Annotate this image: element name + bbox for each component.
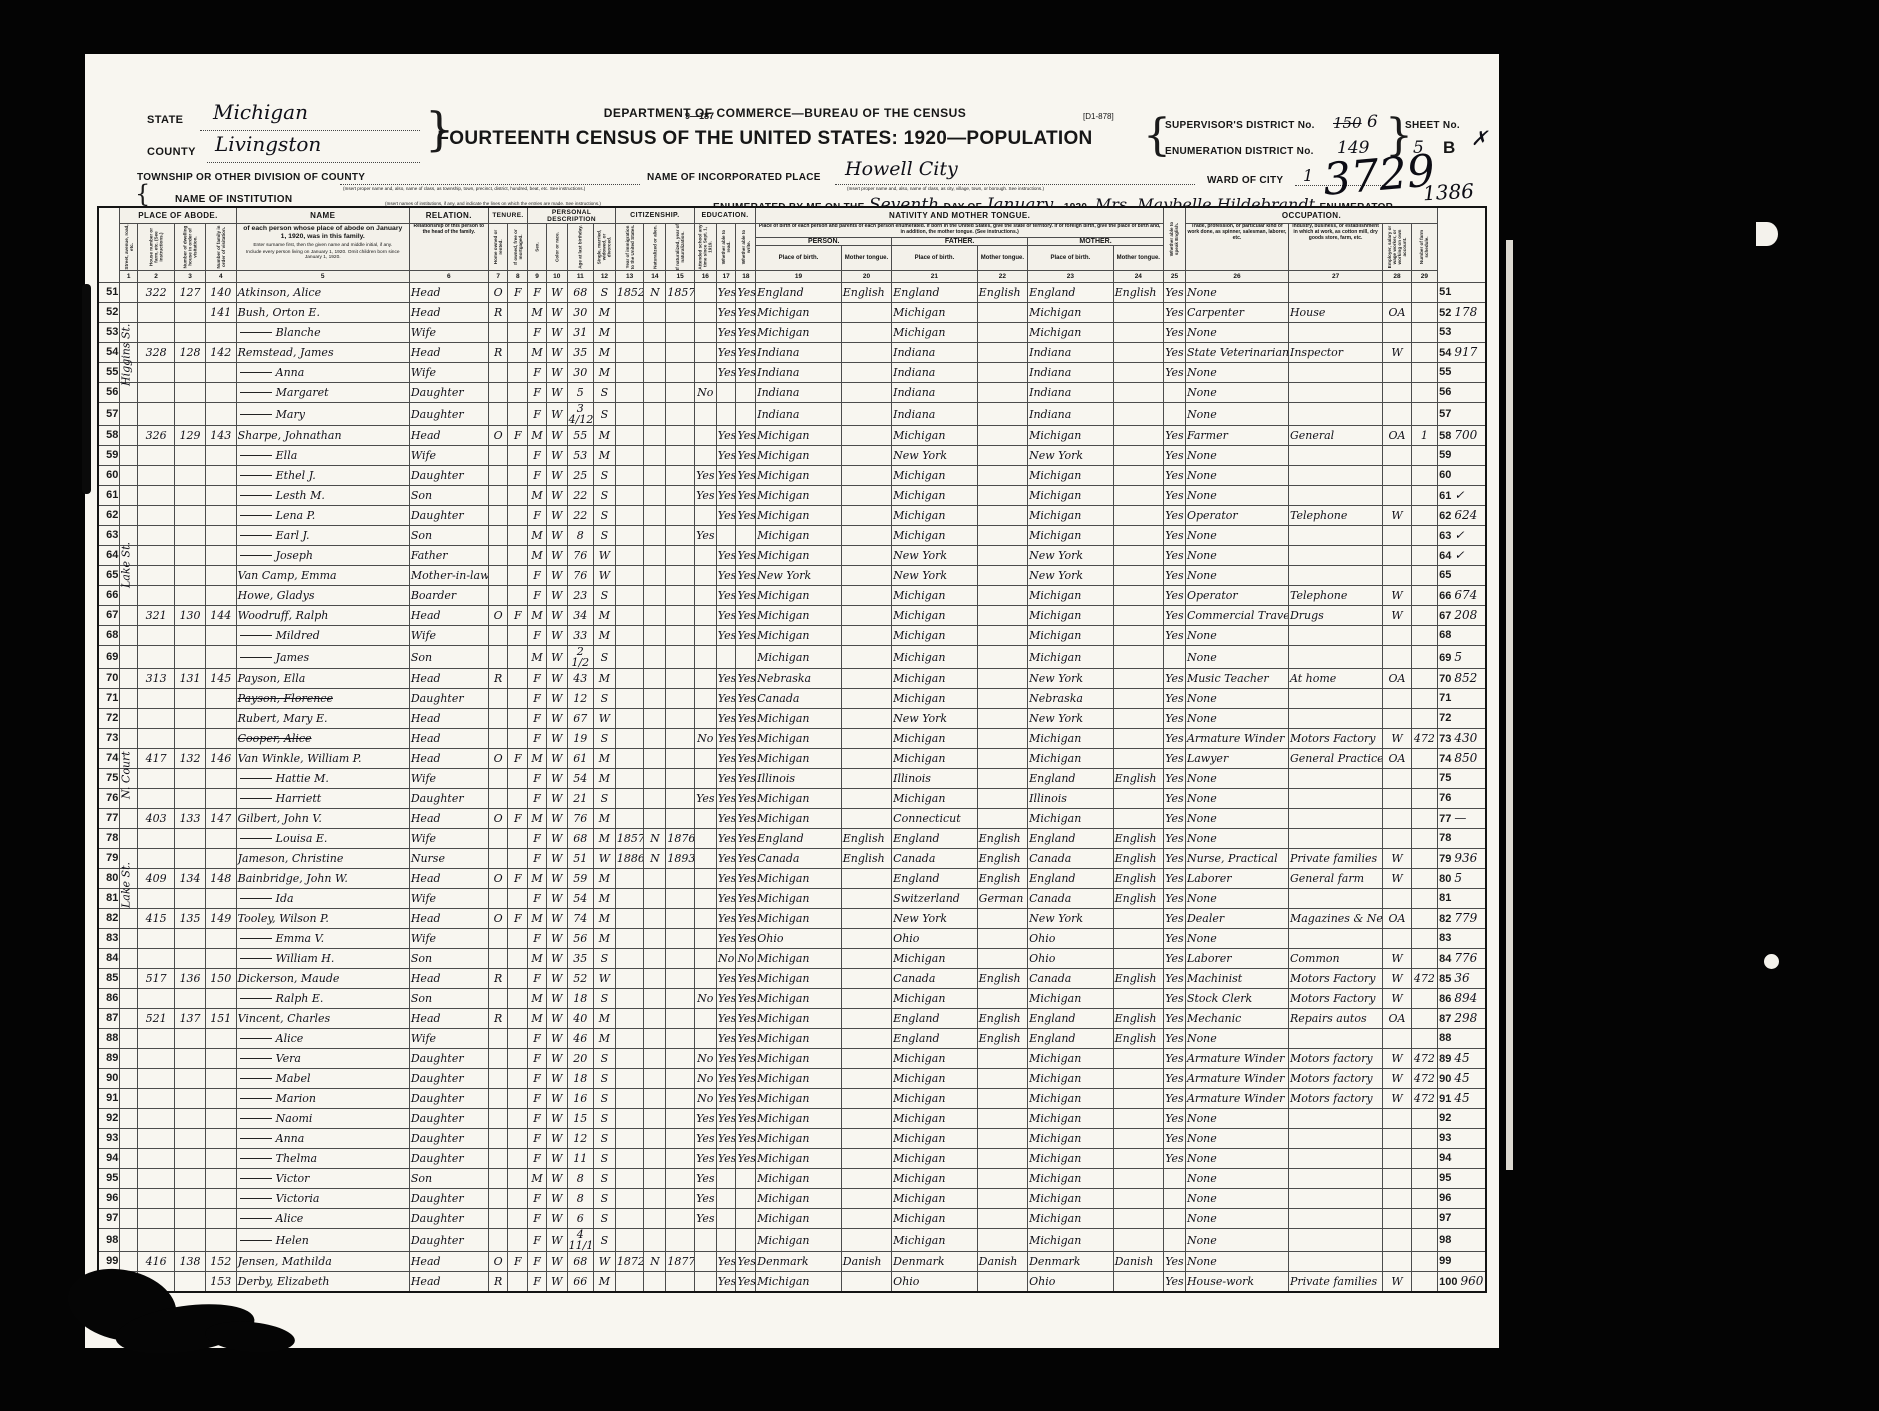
table-row: 75Hattie M.WifeFW54MYesYesIllinoisIllino… bbox=[98, 769, 1486, 789]
cell-col12: S bbox=[593, 466, 615, 486]
cell-col5: Joseph bbox=[236, 546, 409, 566]
cell-col6: Head bbox=[409, 669, 488, 689]
cell-col14 bbox=[644, 669, 666, 689]
table-row: 94ThelmaDaughterFW11SYesYesYesMichiganMi… bbox=[98, 1149, 1486, 1169]
cell-col14 bbox=[644, 546, 666, 566]
cell-col10: W bbox=[546, 1209, 567, 1229]
cell-col2 bbox=[137, 646, 174, 669]
cell-col26: Nurse, Practical bbox=[1185, 849, 1288, 869]
cell-col13 bbox=[615, 1049, 644, 1069]
cell-col20 bbox=[841, 1069, 891, 1089]
cell-col26: Armature Winder bbox=[1185, 1069, 1288, 1089]
cell-col6: Wife bbox=[409, 446, 488, 466]
cell-col7 bbox=[488, 403, 508, 426]
cell-col3 bbox=[175, 849, 206, 869]
cell-col28 bbox=[1383, 403, 1412, 426]
cell-col19: Michigan bbox=[756, 889, 842, 909]
cell-col25: Yes bbox=[1164, 929, 1186, 949]
cell-col26: Lawyer bbox=[1185, 749, 1288, 769]
cell-col2 bbox=[137, 546, 174, 566]
margin-note: 852 bbox=[1454, 671, 1477, 685]
cell-col23: Indiana bbox=[1028, 383, 1114, 403]
cell-col7 bbox=[488, 363, 508, 383]
cell-col18: Yes bbox=[736, 669, 756, 689]
cell-col15 bbox=[666, 1229, 695, 1252]
cell-col17: Yes bbox=[716, 343, 736, 363]
cell-col28 bbox=[1383, 323, 1412, 343]
cell-col23: Michigan bbox=[1028, 1189, 1114, 1209]
line-number: 86 bbox=[98, 989, 120, 1009]
cell-col8: F bbox=[508, 606, 528, 626]
cell-col29 bbox=[1411, 989, 1437, 1009]
margin-note: 45 bbox=[1454, 1071, 1469, 1085]
cell-col6: Daughter bbox=[409, 383, 488, 403]
cell-col19: Ohio bbox=[756, 929, 842, 949]
cell-col26: None bbox=[1185, 809, 1288, 829]
cell-col5: Atkinson, Alice bbox=[236, 283, 409, 303]
cell-col5: Van Camp, Emma bbox=[236, 566, 409, 586]
cell-col27 bbox=[1288, 1029, 1382, 1049]
cell-col22 bbox=[977, 466, 1027, 486]
cell-col4 bbox=[205, 1209, 236, 1229]
table-row: 54328128142Remstead, JamesHeadRMW35MYesY… bbox=[98, 343, 1486, 363]
cell-col21: Michigan bbox=[892, 729, 978, 749]
line-number: 72 bbox=[98, 709, 120, 729]
cell-col18: Yes bbox=[736, 626, 756, 646]
cell-col7 bbox=[488, 1089, 508, 1109]
line-number: 91 bbox=[98, 1089, 120, 1109]
cell-col6: Son bbox=[409, 989, 488, 1009]
cell-col12: S bbox=[593, 1229, 615, 1252]
cell-col19: Michigan bbox=[756, 1149, 842, 1169]
cell-col4 bbox=[205, 989, 236, 1009]
cell-col14: N bbox=[644, 829, 666, 849]
cell-col6: Head bbox=[409, 1272, 488, 1292]
cell-col12: S bbox=[593, 1089, 615, 1109]
cell-col18: Yes bbox=[736, 1069, 756, 1089]
cell-col2: 521 bbox=[137, 1009, 174, 1029]
cell-col19: Michigan bbox=[756, 1272, 842, 1292]
cell-col18: Yes bbox=[736, 689, 756, 709]
ditto-line bbox=[240, 495, 272, 496]
cell-col29 bbox=[1411, 929, 1437, 949]
cell-col21: Michigan bbox=[892, 1189, 978, 1209]
cell-col7 bbox=[488, 506, 508, 526]
cell-col24 bbox=[1113, 689, 1163, 709]
cell-col11: 4 11/12 bbox=[567, 1229, 593, 1252]
cell-col28 bbox=[1383, 769, 1412, 789]
cell-col11: 67 bbox=[567, 709, 593, 729]
margin-note: 700 bbox=[1454, 428, 1477, 442]
cell-col16 bbox=[694, 303, 716, 323]
cell-col6: Daughter bbox=[409, 403, 488, 426]
cell-col26: None bbox=[1185, 1149, 1288, 1169]
cell-col16: No bbox=[694, 1089, 716, 1109]
cell-col27: House bbox=[1288, 303, 1382, 323]
cell-col11: 34 bbox=[567, 606, 593, 626]
cell-col20 bbox=[841, 869, 891, 889]
cell-col2 bbox=[137, 829, 174, 849]
cell-col4 bbox=[205, 446, 236, 466]
cell-col23: New York bbox=[1028, 709, 1114, 729]
cell-col9: F bbox=[528, 586, 547, 606]
cell-col20: English bbox=[841, 849, 891, 869]
cell-col21: Michigan bbox=[892, 1069, 978, 1089]
street-name-label: Lake St. bbox=[118, 825, 134, 945]
cell-col19: Denmark bbox=[756, 1252, 842, 1272]
cell-col12: S bbox=[593, 486, 615, 506]
cell-col19: Michigan bbox=[756, 506, 842, 526]
cell-col3: 127 bbox=[175, 283, 206, 303]
cell-col14 bbox=[644, 466, 666, 486]
cell-col27 bbox=[1288, 709, 1382, 729]
street-cell bbox=[120, 949, 138, 969]
cell-col18 bbox=[736, 403, 756, 426]
ditto-line bbox=[240, 1038, 272, 1039]
table-row: 79Jameson, ChristineNurseFW51W1886N1893Y… bbox=[98, 849, 1486, 869]
cell-col22 bbox=[977, 729, 1027, 749]
cell-col27 bbox=[1288, 929, 1382, 949]
cell-col27 bbox=[1288, 1149, 1382, 1169]
cell-col20 bbox=[841, 729, 891, 749]
cell-col3 bbox=[175, 1089, 206, 1109]
cell-col16: Yes bbox=[694, 486, 716, 506]
cell-col13 bbox=[615, 1149, 644, 1169]
cell-col6: Daughter bbox=[409, 1149, 488, 1169]
cell-col26: Armature Winder bbox=[1185, 729, 1288, 749]
right-margin-cell: 62624 bbox=[1438, 506, 1486, 526]
header-col9: Sex. bbox=[528, 224, 547, 271]
cell-col16: Yes bbox=[694, 1129, 716, 1149]
cell-col10: W bbox=[546, 426, 567, 446]
cell-col19: England bbox=[756, 829, 842, 849]
right-margin-cell: 64✓ bbox=[1438, 546, 1486, 566]
cell-col9: F bbox=[528, 729, 547, 749]
cell-col18: Yes bbox=[736, 1049, 756, 1069]
cell-col25: Yes bbox=[1164, 303, 1186, 323]
cell-col7: O bbox=[488, 809, 508, 829]
cell-col2 bbox=[137, 1069, 174, 1089]
cell-col3: 132 bbox=[175, 749, 206, 769]
cell-col28: W bbox=[1383, 989, 1412, 1009]
cell-col19: Michigan bbox=[756, 1089, 842, 1109]
cell-col2 bbox=[137, 383, 174, 403]
header-person-pob: Place of birth. bbox=[756, 246, 842, 271]
right-margin-cell: 82779 bbox=[1438, 909, 1486, 929]
census-table: PLACE OF ABODE. NAME RELATION. TENURE. P… bbox=[97, 206, 1487, 1293]
cell-col3 bbox=[175, 709, 206, 729]
cell-col14 bbox=[644, 506, 666, 526]
line-number: 88 bbox=[98, 1029, 120, 1049]
cell-col28 bbox=[1383, 566, 1412, 586]
cell-col17: Yes bbox=[716, 1109, 736, 1129]
cell-col29 bbox=[1411, 646, 1437, 669]
cell-col4 bbox=[205, 1089, 236, 1109]
cell-col27: Inspector bbox=[1288, 343, 1382, 363]
cell-col5: Payson, Ella bbox=[236, 669, 409, 689]
cell-col21: Michigan bbox=[892, 1089, 978, 1109]
line-number-right: 70 bbox=[1439, 673, 1451, 685]
cell-col22 bbox=[977, 646, 1027, 669]
cell-col11: 30 bbox=[567, 363, 593, 383]
paper-sheet: STATE Michigan COUNTY Livingston } 9—187… bbox=[85, 54, 1499, 1348]
cell-col26: None bbox=[1185, 769, 1288, 789]
street-cell bbox=[120, 1049, 138, 1069]
cell-col5: Naomi bbox=[236, 1109, 409, 1129]
right-margin-cell: 74850 bbox=[1438, 749, 1486, 769]
table-row: 95VictorSonMW8SYesMichiganMichiganMichig… bbox=[98, 1169, 1486, 1189]
cell-col25: Yes bbox=[1164, 709, 1186, 729]
cell-col15 bbox=[666, 363, 695, 383]
cell-col9: F bbox=[528, 1229, 547, 1252]
cell-col29 bbox=[1411, 1129, 1437, 1149]
cell-col28: W bbox=[1383, 343, 1412, 363]
margin-note: ✓ bbox=[1454, 488, 1464, 502]
cell-col2 bbox=[137, 729, 174, 749]
cell-col24 bbox=[1113, 1169, 1163, 1189]
scan-smudge bbox=[82, 284, 91, 494]
cell-col25: Yes bbox=[1164, 789, 1186, 809]
col4-vertical-label: Number of family in order of visitation. bbox=[216, 224, 226, 270]
header-col11: Age at last birthday. bbox=[567, 224, 593, 271]
cell-col19: Michigan bbox=[756, 1209, 842, 1229]
cell-col15 bbox=[666, 566, 695, 586]
cell-col25: Yes bbox=[1164, 363, 1186, 383]
cell-col17: Yes bbox=[716, 909, 736, 929]
cell-col21: New York bbox=[892, 909, 978, 929]
col-number: 25 bbox=[1164, 271, 1186, 283]
cell-col13: 1857 bbox=[615, 829, 644, 849]
cell-col18: Yes bbox=[736, 466, 756, 486]
cell-col10: W bbox=[546, 929, 567, 949]
cell-col27: At home bbox=[1288, 669, 1382, 689]
cell-col23: Canada bbox=[1028, 849, 1114, 869]
cell-col7: O bbox=[488, 1252, 508, 1272]
cell-col25: Yes bbox=[1164, 1252, 1186, 1272]
line-number: 76 bbox=[98, 789, 120, 809]
cell-col3 bbox=[175, 989, 206, 1009]
col-number: 18 bbox=[736, 271, 756, 283]
cell-col11: 16 bbox=[567, 1089, 593, 1109]
margin-note: 960 bbox=[1460, 1274, 1483, 1288]
cell-col2 bbox=[137, 566, 174, 586]
cell-col24 bbox=[1113, 486, 1163, 506]
table-row: 96VictoriaDaughterFW8SYesMichiganMichiga… bbox=[98, 1189, 1486, 1209]
cell-col13 bbox=[615, 606, 644, 626]
cell-col9: M bbox=[528, 809, 547, 829]
cell-col25: Yes bbox=[1164, 729, 1186, 749]
cell-col3 bbox=[175, 586, 206, 606]
cell-col23: England bbox=[1028, 869, 1114, 889]
cell-col13 bbox=[615, 646, 644, 669]
cell-col11: 30 bbox=[567, 303, 593, 323]
cell-col9: M bbox=[528, 1009, 547, 1029]
right-margin-cell: 71 bbox=[1438, 689, 1486, 709]
header-relation: RELATION. bbox=[409, 207, 488, 224]
cell-col5: Mildred bbox=[236, 626, 409, 646]
cell-col8 bbox=[508, 586, 528, 606]
cell-col25: Yes bbox=[1164, 849, 1186, 869]
table-row: 86Ralph E.SonMW18SNoYesYesMichiganMichig… bbox=[98, 989, 1486, 1009]
line-number-right: 84 bbox=[1439, 953, 1451, 965]
line-number-right: 59 bbox=[1439, 449, 1451, 461]
cell-col15: 1857 bbox=[666, 283, 695, 303]
cell-col26: Mechanic bbox=[1185, 1009, 1288, 1029]
cell-col10: W bbox=[546, 769, 567, 789]
cell-col17: Yes bbox=[716, 283, 736, 303]
cell-col2: 328 bbox=[137, 343, 174, 363]
cell-col29 bbox=[1411, 283, 1437, 303]
cell-col20 bbox=[841, 586, 891, 606]
cell-col10: W bbox=[546, 446, 567, 466]
table-row: 58326129143Sharpe, JohnathanHeadOFMW55MY… bbox=[98, 426, 1486, 446]
cell-col3 bbox=[175, 1229, 206, 1252]
cell-col10: W bbox=[546, 1272, 567, 1292]
line-number-right: 94 bbox=[1439, 1152, 1451, 1164]
cell-col8 bbox=[508, 849, 528, 869]
line-number-right: 75 bbox=[1439, 772, 1451, 784]
cell-col24: English bbox=[1113, 849, 1163, 869]
line-number-right: 89 bbox=[1439, 1053, 1451, 1065]
line-number-right: 87 bbox=[1439, 1013, 1451, 1025]
cell-col27 bbox=[1288, 466, 1382, 486]
right-margin-cell: 60 bbox=[1438, 466, 1486, 486]
cell-col7 bbox=[488, 1189, 508, 1209]
cell-col24 bbox=[1113, 909, 1163, 929]
cell-col23: Michigan bbox=[1028, 1109, 1114, 1129]
cell-col19: Michigan bbox=[756, 1009, 842, 1029]
cell-col20 bbox=[841, 466, 891, 486]
cell-col15 bbox=[666, 1209, 695, 1229]
cell-col29 bbox=[1411, 749, 1437, 769]
cell-col22 bbox=[977, 709, 1027, 729]
cell-col10: W bbox=[546, 526, 567, 546]
cell-col16 bbox=[694, 749, 716, 769]
right-margin-cell: 88 bbox=[1438, 1029, 1486, 1049]
cell-col8 bbox=[508, 669, 528, 689]
cell-col6: Head bbox=[409, 729, 488, 749]
cell-col18: Yes bbox=[736, 1089, 756, 1109]
cell-col27 bbox=[1288, 1189, 1382, 1209]
cell-col12: M bbox=[593, 323, 615, 343]
cell-col25: Yes bbox=[1164, 446, 1186, 466]
cell-col4: 146 bbox=[205, 749, 236, 769]
cell-col2 bbox=[137, 446, 174, 466]
cell-col27 bbox=[1288, 383, 1382, 403]
cell-col4 bbox=[205, 526, 236, 546]
cell-col13 bbox=[615, 566, 644, 586]
right-margin-cell: 65 bbox=[1438, 566, 1486, 586]
cell-col6: Wife bbox=[409, 769, 488, 789]
cell-col19: Michigan bbox=[756, 646, 842, 669]
supervisor-district-label: SUPERVISOR'S DISTRICT No. bbox=[1165, 120, 1315, 131]
line-number-right: 95 bbox=[1439, 1172, 1451, 1184]
cell-col4 bbox=[205, 1069, 236, 1089]
cell-col22 bbox=[977, 426, 1027, 446]
cell-col4: 144 bbox=[205, 606, 236, 626]
cell-col22 bbox=[977, 1189, 1027, 1209]
cell-col24 bbox=[1113, 323, 1163, 343]
cell-col19: England bbox=[756, 283, 842, 303]
cell-col3 bbox=[175, 889, 206, 909]
cell-col22 bbox=[977, 1272, 1027, 1292]
ditto-line bbox=[240, 1158, 272, 1159]
cell-col7: R bbox=[488, 669, 508, 689]
cell-col29 bbox=[1411, 1229, 1437, 1252]
cell-col5: Emma V. bbox=[236, 929, 409, 949]
street-cell bbox=[120, 626, 138, 646]
street-cell bbox=[120, 466, 138, 486]
cell-col29 bbox=[1411, 506, 1437, 526]
cell-col21: Michigan bbox=[892, 1149, 978, 1169]
cell-col12: S bbox=[593, 526, 615, 546]
cell-col15 bbox=[666, 446, 695, 466]
street-name-label: N. Court bbox=[118, 745, 134, 805]
cell-col13: 1852 bbox=[615, 283, 644, 303]
cell-col12: S bbox=[593, 1189, 615, 1209]
header-col25: Whether able to speak English. bbox=[1164, 207, 1186, 271]
cell-col22 bbox=[977, 546, 1027, 566]
cell-col16 bbox=[694, 869, 716, 889]
cell-col10: W bbox=[546, 1169, 567, 1189]
cell-col7 bbox=[488, 646, 508, 669]
cell-col7: R bbox=[488, 343, 508, 363]
cell-col8 bbox=[508, 1229, 528, 1252]
ditto-line bbox=[240, 1078, 272, 1079]
cell-col4: 149 bbox=[205, 909, 236, 929]
cell-col11: 61 bbox=[567, 749, 593, 769]
header-person-tongue: Mother tongue. bbox=[841, 246, 891, 271]
cell-col26: Commercial Traveler bbox=[1185, 606, 1288, 626]
cell-col23: Nebraska bbox=[1028, 689, 1114, 709]
cell-col22: English bbox=[977, 1009, 1027, 1029]
line-number: 89 bbox=[98, 1049, 120, 1069]
cell-col10: W bbox=[546, 606, 567, 626]
cell-col4 bbox=[205, 1229, 236, 1252]
cell-col6: Head bbox=[409, 303, 488, 323]
cell-col5: Mabel bbox=[236, 1069, 409, 1089]
cell-col28: W bbox=[1383, 969, 1412, 989]
cell-col2 bbox=[137, 586, 174, 606]
table-row: 89VeraDaughterFW20SNoYesYesMichiganMichi… bbox=[98, 1049, 1486, 1069]
cell-col11: 59 bbox=[567, 869, 593, 889]
cell-col29 bbox=[1411, 586, 1437, 606]
cell-col2 bbox=[137, 769, 174, 789]
cell-col29 bbox=[1411, 809, 1437, 829]
cell-col5: Dickerson, Maude bbox=[236, 969, 409, 989]
cell-col18: Yes bbox=[736, 446, 756, 466]
cell-col28: W bbox=[1383, 1272, 1412, 1292]
cell-col26: None bbox=[1185, 626, 1288, 646]
cell-col28 bbox=[1383, 1149, 1412, 1169]
cell-col7 bbox=[488, 889, 508, 909]
margin-note: 178 bbox=[1454, 305, 1477, 319]
table-row: 90MabelDaughterFW18SNoYesYesMichiganMich… bbox=[98, 1069, 1486, 1089]
cell-col21: Indiana bbox=[892, 403, 978, 426]
cell-col16: No bbox=[694, 383, 716, 403]
cell-col20 bbox=[841, 1229, 891, 1252]
county-value: Livingston bbox=[215, 132, 321, 156]
cell-col25: Yes bbox=[1164, 1109, 1186, 1129]
cell-col21: Indiana bbox=[892, 383, 978, 403]
cell-col8 bbox=[508, 546, 528, 566]
cell-col11: 40 bbox=[567, 1009, 593, 1029]
cell-col12: M bbox=[593, 1272, 615, 1292]
cell-col28 bbox=[1383, 1189, 1412, 1209]
cell-col27: Motors factory bbox=[1288, 1049, 1382, 1069]
cell-col22 bbox=[977, 929, 1027, 949]
cell-col27: Common bbox=[1288, 949, 1382, 969]
